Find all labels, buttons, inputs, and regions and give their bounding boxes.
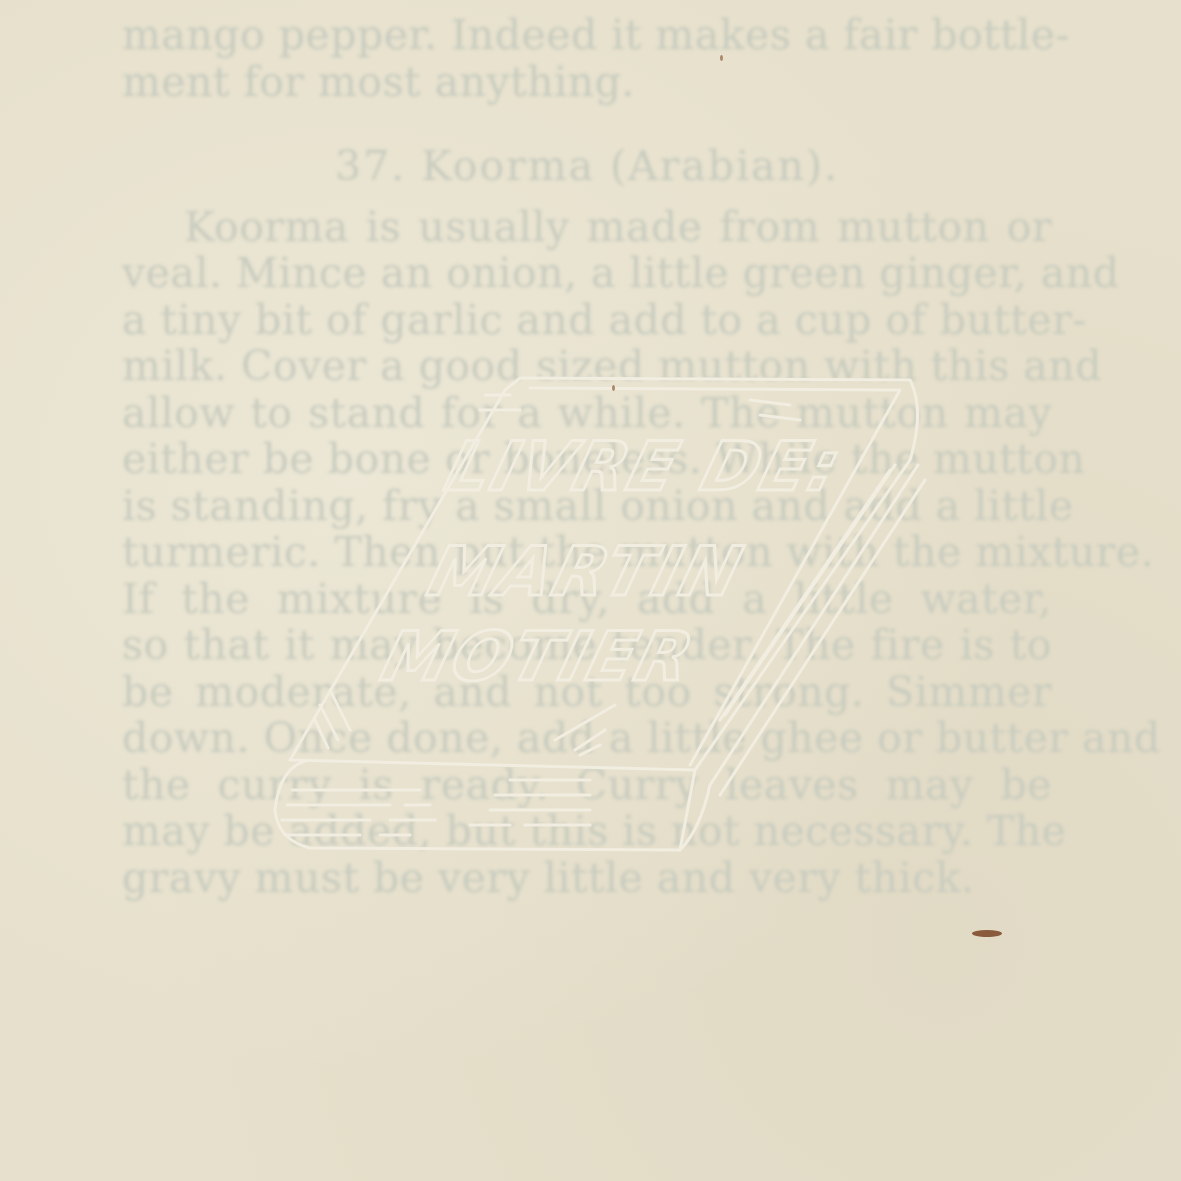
stamp-line-1: LIVRE DE:: [438, 428, 851, 507]
text-line: a tiny bit of garlic and add to a cup of…: [122, 297, 1052, 344]
text-line: veal. Mince an onion, a little green gin…: [122, 250, 1052, 297]
book-icon: LIVRE DE: MARTIN MOTIER: [270, 370, 930, 870]
embossed-book-stamp: LIVRE DE: MARTIN MOTIER: [270, 370, 930, 870]
recipe-heading: 37. Koorma (Arabian).: [122, 143, 1052, 190]
stamp-line-3: MOTIER: [374, 618, 703, 697]
speck: [612, 385, 615, 391]
text-line: mango pepper. Indeed it makes a fair bot…: [122, 12, 1052, 59]
text-line: Koorma is usually made from mutton or: [122, 204, 1052, 251]
stamp-line-2: MARTIN: [420, 533, 751, 612]
text-line: ment for most anything.: [122, 59, 1052, 106]
stain-spot: [972, 930, 1002, 937]
speck: [720, 55, 723, 61]
